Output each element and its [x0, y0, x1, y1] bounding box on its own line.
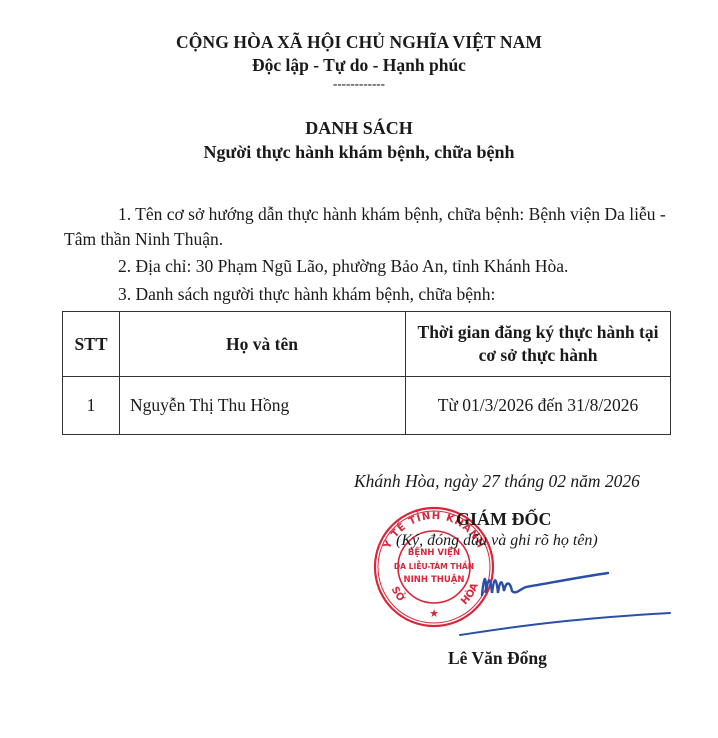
header-stt: STT [63, 312, 120, 377]
item-facility-name: 1. Tên cơ sở hướng dẫn thực hành khám bệ… [64, 202, 674, 252]
cell-stt: 1 [63, 377, 120, 435]
handwritten-signature [440, 555, 680, 645]
signer-role: GIÁM ĐỐC [456, 509, 552, 530]
svg-text:SỞ: SỞ [389, 585, 409, 604]
header-full-name: Họ và tên [120, 312, 406, 377]
header-registration-period: Thời gian đăng ký thực hành tại cơ sở th… [406, 312, 671, 377]
table-row: 1 Nguyễn Thị Thu Hồng Từ 01/3/2026 đến 3… [63, 377, 671, 435]
star-icon: ★ [429, 608, 439, 620]
item-list-intro: 3. Danh sách người thực hành khám bệnh, … [118, 282, 495, 307]
cell-full-name: Nguyễn Thị Thu Hồng [120, 377, 406, 435]
header-separator: ------------ [0, 76, 718, 92]
document-title: DANH SÁCH [0, 118, 718, 139]
practitioner-table: STT Họ và tên Thời gian đăng ký thực hàn… [62, 311, 671, 435]
national-title: CỘNG HÒA XÃ HỘI CHỦ NGHĨA VIỆT NAM [0, 32, 718, 53]
signature-instruction: (Ký, đóng dấu và ghi rõ họ tên) [396, 532, 598, 550]
national-motto: Độc lập - Tự do - Hạnh phúc [0, 55, 718, 76]
document-subtitle: Người thực hành khám bệnh, chữa bệnh [0, 142, 718, 163]
place-and-date: Khánh Hòa, ngày 27 tháng 02 năm 2026 [354, 471, 640, 492]
table-header-row: STT Họ và tên Thời gian đăng ký thực hàn… [63, 312, 671, 377]
signer-name: Lê Văn Đổng [448, 648, 547, 669]
item-address: 2. Địa chỉ: 30 Phạm Ngũ Lão, phường Bảo … [118, 254, 568, 279]
cell-registration-period: Từ 01/3/2026 đến 31/8/2026 [406, 377, 671, 435]
